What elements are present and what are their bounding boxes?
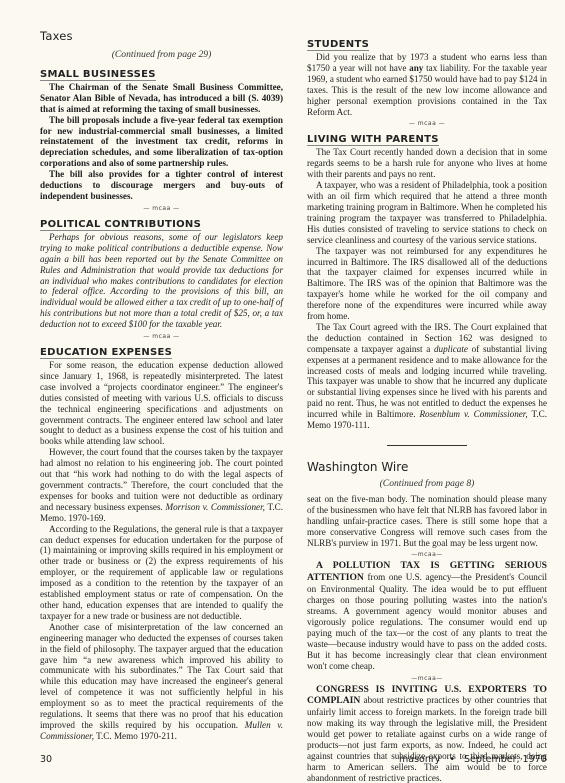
- emphasis: duplicate: [434, 344, 468, 354]
- paragraph: CONGRESS IS INVITING U.S. EXPORTERS TO C…: [307, 684, 547, 783]
- bullet-icon: •: [449, 754, 455, 765]
- case-citation: Morrison v. Commissioner,: [165, 502, 264, 512]
- paragraph-text: of substantial living expenses at a perm…: [307, 344, 547, 419]
- paragraph: According to the Regulations, the genera…: [40, 524, 283, 622]
- heading-living-with-parents: LIVING WITH PARENTS: [307, 134, 439, 146]
- washington-wire-title: Washington Wire: [307, 460, 547, 474]
- paragraph: The Tax Court agreed with the IRS. The C…: [307, 322, 547, 431]
- washington-wire-section: Washington Wire (Continued from page 8) …: [307, 460, 547, 783]
- paragraph: The taxpayer was not reimbursed for any …: [307, 246, 547, 322]
- heading-political-contributions: POLITICAL CONTRIBUTIONS: [40, 219, 201, 231]
- paragraph: Perhaps for obvious reasons, some of our…: [40, 232, 283, 330]
- continued-note: (Continued from page 8): [307, 479, 547, 490]
- section-separator: — mcaa —: [307, 120, 547, 127]
- paragraph-text: from one U.S. agency—the President's Cou…: [307, 572, 547, 670]
- students-section: STUDENTS Did you realize that by 1973 a …: [307, 34, 547, 117]
- paragraph: The bill proposals include a five-year f…: [40, 115, 283, 170]
- continued-note: (Continued from page 29): [40, 50, 283, 61]
- section-separator: — mcaa —: [40, 205, 283, 212]
- heading-education-expenses: EDUCATION EXPENSES: [40, 347, 172, 359]
- section-separator: — mcaa —: [40, 333, 283, 340]
- emphasis: any: [409, 63, 423, 73]
- paragraph: For some reason, the education expense d…: [40, 360, 283, 447]
- paragraph: However, the court found that the course…: [40, 447, 283, 523]
- paragraph: The Tax Court recently handed down a dec…: [307, 147, 547, 180]
- magazine-page: Taxes (Continued from page 29) SMALL BUS…: [0, 0, 565, 783]
- paragraph: Another case of misinterpretation of the…: [40, 622, 283, 742]
- paragraph: The Chairman of the Senate Small Busines…: [40, 82, 283, 115]
- paragraph: seat on the five-man body. The nominatio…: [307, 494, 547, 549]
- section-separator: —mcaa—: [307, 675, 547, 682]
- small-businesses-section: SMALL BUSINESSES The Chairman of the Sen…: [40, 64, 283, 202]
- paragraph-text: Another case of misinterpretation of the…: [40, 622, 283, 730]
- publication-name: masonry: [399, 754, 440, 765]
- running-footer: masonry•September, 1970: [399, 754, 547, 765]
- issue-date: September, 1970: [464, 754, 547, 765]
- page-number: 30: [40, 754, 52, 765]
- memo-citation: T.C. Memo 1970-211.: [94, 731, 177, 741]
- living-with-parents-section: LIVING WITH PARENTS The Tax Court recent…: [307, 129, 547, 431]
- left-column-body: (Continued from page 29) SMALL BUSINESSE…: [40, 50, 283, 742]
- right-column-body: STUDENTS Did you realize that by 1973 a …: [307, 34, 547, 783]
- paragraph: Did you realize that by 1973 a student w…: [307, 52, 547, 117]
- political-contributions-section: POLITICAL CONTRIBUTIONS Perhaps for obvi…: [40, 214, 283, 330]
- heading-students: STUDENTS: [307, 39, 369, 51]
- paragraph: The bill also provides for a tighter con…: [40, 169, 283, 202]
- section-separator: —mcaa—: [307, 551, 547, 558]
- paragraph: A POLLUTION TAX IS GETTING SERIOUS ATTEN…: [307, 560, 547, 671]
- paragraph-text: about restrictive practices by other cou…: [307, 695, 547, 782]
- paragraph: A taxpayer, who was a resident of Philad…: [307, 180, 547, 245]
- heading-small-businesses: SMALL BUSINESSES: [40, 69, 156, 81]
- education-expenses-section: EDUCATION EXPENSES For some reason, the …: [40, 342, 283, 742]
- section-label-taxes: Taxes: [40, 29, 73, 43]
- case-citation: Rosenblum v. Commissioner,: [419, 409, 527, 419]
- divider-rule: [387, 445, 467, 446]
